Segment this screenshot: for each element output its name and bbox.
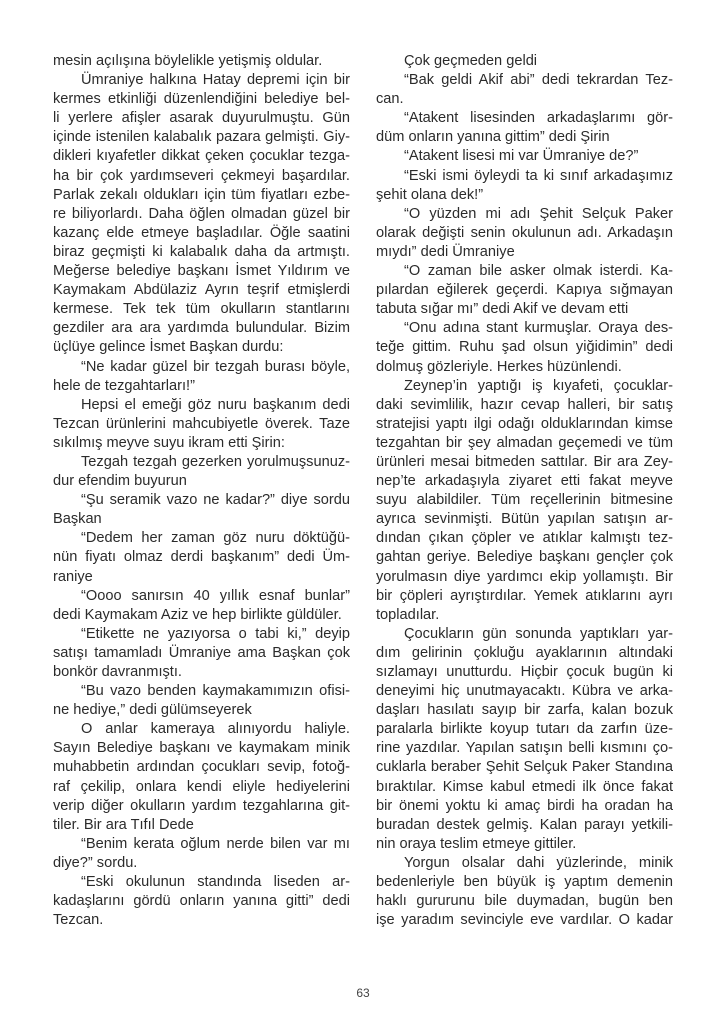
text-line: olarak değişti senin okulunun adı. Arkad… (376, 224, 673, 243)
text-line: haklı gururunu bile duymadan, bugün ben (376, 892, 673, 911)
text-line: deneyimi hiç unutmayacaktı. Kübra ve ark… (376, 682, 673, 701)
text-line: “O yüzden mi adı Şehit Selçuk Paker (376, 205, 673, 224)
text-line: diye?” sordu. (53, 854, 350, 873)
text-line: paralarla birlikte koyup tutarı da zarfı… (376, 720, 673, 739)
text-line: cuklarla beraber Şehit Selçuk Paker Stan… (376, 758, 673, 777)
text-line: Tezcan. (53, 911, 350, 930)
text-line: “Eski ismi öyleydi ta ki sınıf arkadaşım… (376, 167, 673, 186)
text-line: “Atakent lisesinden arkadaşlarımı gör- (376, 109, 673, 128)
text-line: içinde istenilen kalabalık pazara gelmiş… (53, 128, 350, 147)
text-line: re biliyorlardı. Daha öğlen olmadan güze… (53, 205, 350, 224)
text-line: topladılar. (376, 606, 673, 625)
text-line: teğe gittim. Ruhu şad olsun yiğidimin” d… (376, 338, 673, 357)
text-line: “Onu adına stant kurmuşlar. Oraya des- (376, 319, 673, 338)
text-line: raniye (53, 568, 350, 587)
text-line: Parlak zekalı oldukları için tüm fiyatla… (53, 186, 350, 205)
text-line: Tezcan ürünlerini mahcubiyetle överek. T… (53, 415, 350, 434)
text-line: Sayın Belediye başkanı ve kaymakam minik (53, 739, 350, 758)
text-line: nin oraya teslim etmeye gittiler. (376, 835, 673, 854)
text-line: dur efendim buyurun (53, 472, 350, 491)
text-line: nün fiyatı olmaz derdi başkanım” dedi Üm… (53, 548, 350, 567)
text-line: şehit olana dek!” (376, 186, 673, 205)
text-line: suyu alabildiler. Tüm reçellerinin bitme… (376, 491, 673, 510)
text-line: kadaşlarını gördü onların yanına gitti” … (53, 892, 350, 911)
text-line: tabuta sığar mı” dedi Akif ve devam etti (376, 300, 673, 319)
text-line: dım gelirinin çokluğu ayaklarının altınd… (376, 644, 673, 663)
text-column-right: Çok geçmeden geldi“Bak geldi Akif abi” d… (376, 52, 673, 930)
text-line: “Bu vazo benden kaymakamımızın ofisi- (53, 682, 350, 701)
text-line: hele de tezgahtarları!” (53, 377, 350, 396)
text-line: “Oooo sanırsın 40 yıllık esnaf bunlar” (53, 587, 350, 606)
text-line: O anlar kameraya alınıyordu haliyle. (53, 720, 350, 739)
text-line: bonkör davranmıştı. (53, 663, 350, 682)
text-line: ayrıca sevinmişti. Bütün yapılan satışın… (376, 510, 673, 529)
text-line: nep’te arkadaşıyla ziyaret etti fakat me… (376, 472, 673, 491)
text-line: “Dedem her zaman göz nuru döktüğü- (53, 529, 350, 548)
text-line: buradan destek gelmiş. Kalan parayı yetk… (376, 816, 673, 835)
text-line: bir çöpleri ayrıştırdılar. Yemek atıklar… (376, 587, 673, 606)
text-line: pılardan eğilerek geçerdi. Kapıya sığmay… (376, 281, 673, 300)
text-line: gahtan geriye. Belediye başkanı gençler … (376, 548, 673, 567)
text-line: stratejisi yaptı ilgi odağı olduklarında… (376, 415, 673, 434)
text-line: düm onların yanına gittim” dedi Şirin (376, 128, 673, 147)
text-line: raf çekilip, onlara kendi eliyle hediyel… (53, 778, 350, 797)
text-line: muhabbetin ardından çocukları sevip, fot… (53, 758, 350, 777)
text-line: sızlamayı unutturdu. Hiçbir çocuk bugün … (376, 663, 673, 682)
text-line: “Eski okulunun standında liseden ar- (53, 873, 350, 892)
text-line: kazanç elde etmeye başladılar. Öğle saat… (53, 224, 350, 243)
book-page: mesin açılışına böylelikle yetişmiş oldu… (0, 0, 726, 1024)
text-line: biraz geçmişti ki kalabalık daha da artm… (53, 243, 350, 262)
text-line: dedi Kaymakam Aziz ve hep birlikte güldü… (53, 606, 350, 625)
text-line: dikleri kıyafetler dikkat çeken çocuklar… (53, 147, 350, 166)
text-line: gezdiler ara ara yardımda bulundular. Bi… (53, 319, 350, 338)
text-line: daki sevimlilik, hazır cevap halleri, bi… (376, 396, 673, 415)
text-line: Çocukların gün sonunda yaptıkları yar- (376, 625, 673, 644)
text-line: “Bak geldi Akif abi” dedi tekrardan Tez- (376, 71, 673, 90)
text-line: bir önemi yoktu ki amaç birdi ha oradan … (376, 797, 673, 816)
text-line: dından çıkan çöpler ve atıklar kalmıştı … (376, 529, 673, 548)
text-line: daşları hasılatı sayıp bir zarfa, kalan … (376, 701, 673, 720)
text-line: can. (376, 90, 673, 109)
text-line: tiler. Bir ara Tıfıl Dede (53, 816, 350, 835)
text-line: dolmuş gözleriyle. Herkes hüzünlendi. (376, 358, 673, 377)
text-line: “Şu seramik vazo ne kadar?” diye sordu (53, 491, 350, 510)
text-column-left: mesin açılışına böylelikle yetişmiş oldu… (53, 52, 350, 930)
text-line: Çok geçmeden geldi (376, 52, 673, 71)
text-line: yorulmasın diye yardımcı ekip yollamıştı… (376, 568, 673, 587)
text-line: sıkılmış meyve suyu ikram etti Şirin: (53, 434, 350, 453)
text-line: Tezgah tezgah gezerken yorulmuşsunuz- (53, 453, 350, 472)
text-line: ürünleri mesai bitmeden sattılar. Bir ar… (376, 453, 673, 472)
text-line: “O zaman bile asker olmak isterdi. Ka- (376, 262, 673, 281)
text-line: Hepsi el emeği göz nuru başkanım dedi (53, 396, 350, 415)
text-line: rine yazdılar. Yapılan satışın belli kıs… (376, 739, 673, 758)
text-line: tezgahtan bir şey almadan geçemedi ve tü… (376, 434, 673, 453)
text-line: üçlüye gelince İsmet Başkan durdu: (53, 338, 350, 357)
text-line: ne hediye,” dedi gülümseyerek (53, 701, 350, 720)
text-line: Meğerse belediye başkanı İsmet Yıldırım … (53, 262, 350, 281)
text-line: kermese. Tek tek tüm okulların stantları… (53, 300, 350, 319)
text-line: bedenleriyle ben büyük iş yaptım demenin (376, 873, 673, 892)
text-line: mıydı” dedi Ümraniye (376, 243, 673, 262)
text-line: Zeynep’in yaptığı iş kıyafeti, çocuklar- (376, 377, 673, 396)
text-line: mesin açılışına böylelikle yetişmiş oldu… (53, 52, 350, 71)
text-line: Yorgun olsalar dahi yüzlerinde, minik (376, 854, 673, 873)
text-line: li yerlere afişler asarak duyurulmuştu. … (53, 109, 350, 128)
text-line: Başkan (53, 510, 350, 529)
page-number: 63 (0, 986, 726, 1000)
text-line: verip diğer okulların yardım tezgahların… (53, 797, 350, 816)
text-line: “Ne kadar güzel bir tezgah burası böyle, (53, 358, 350, 377)
text-line: “Etikette ne yazıyorsa o tabi ki,” deyip (53, 625, 350, 644)
text-line: ha bir çok yardımseveri çekmeyi başardıl… (53, 167, 350, 186)
text-line: Kaymakam Abdülaziz Ayrın teşrif etmişler… (53, 281, 350, 300)
text-line: “Atakent lisesi mi var Ümraniye de?” (376, 147, 673, 166)
text-line: işe yaradım sevinciyle eve vardılar. O k… (376, 911, 673, 930)
text-line: bıraktılar. Kimse kabul etmedi ilk önce … (376, 778, 673, 797)
text-line: Ümraniye halkına Hatay depremi için bir (53, 71, 350, 90)
text-line: kermes etkinliği düzenlendiğini belediye… (53, 90, 350, 109)
text-line: “Benim kerata oğlum nerde bilen var mı (53, 835, 350, 854)
text-line: satışı tamamladı Ümraniye ama Başkan çok (53, 644, 350, 663)
